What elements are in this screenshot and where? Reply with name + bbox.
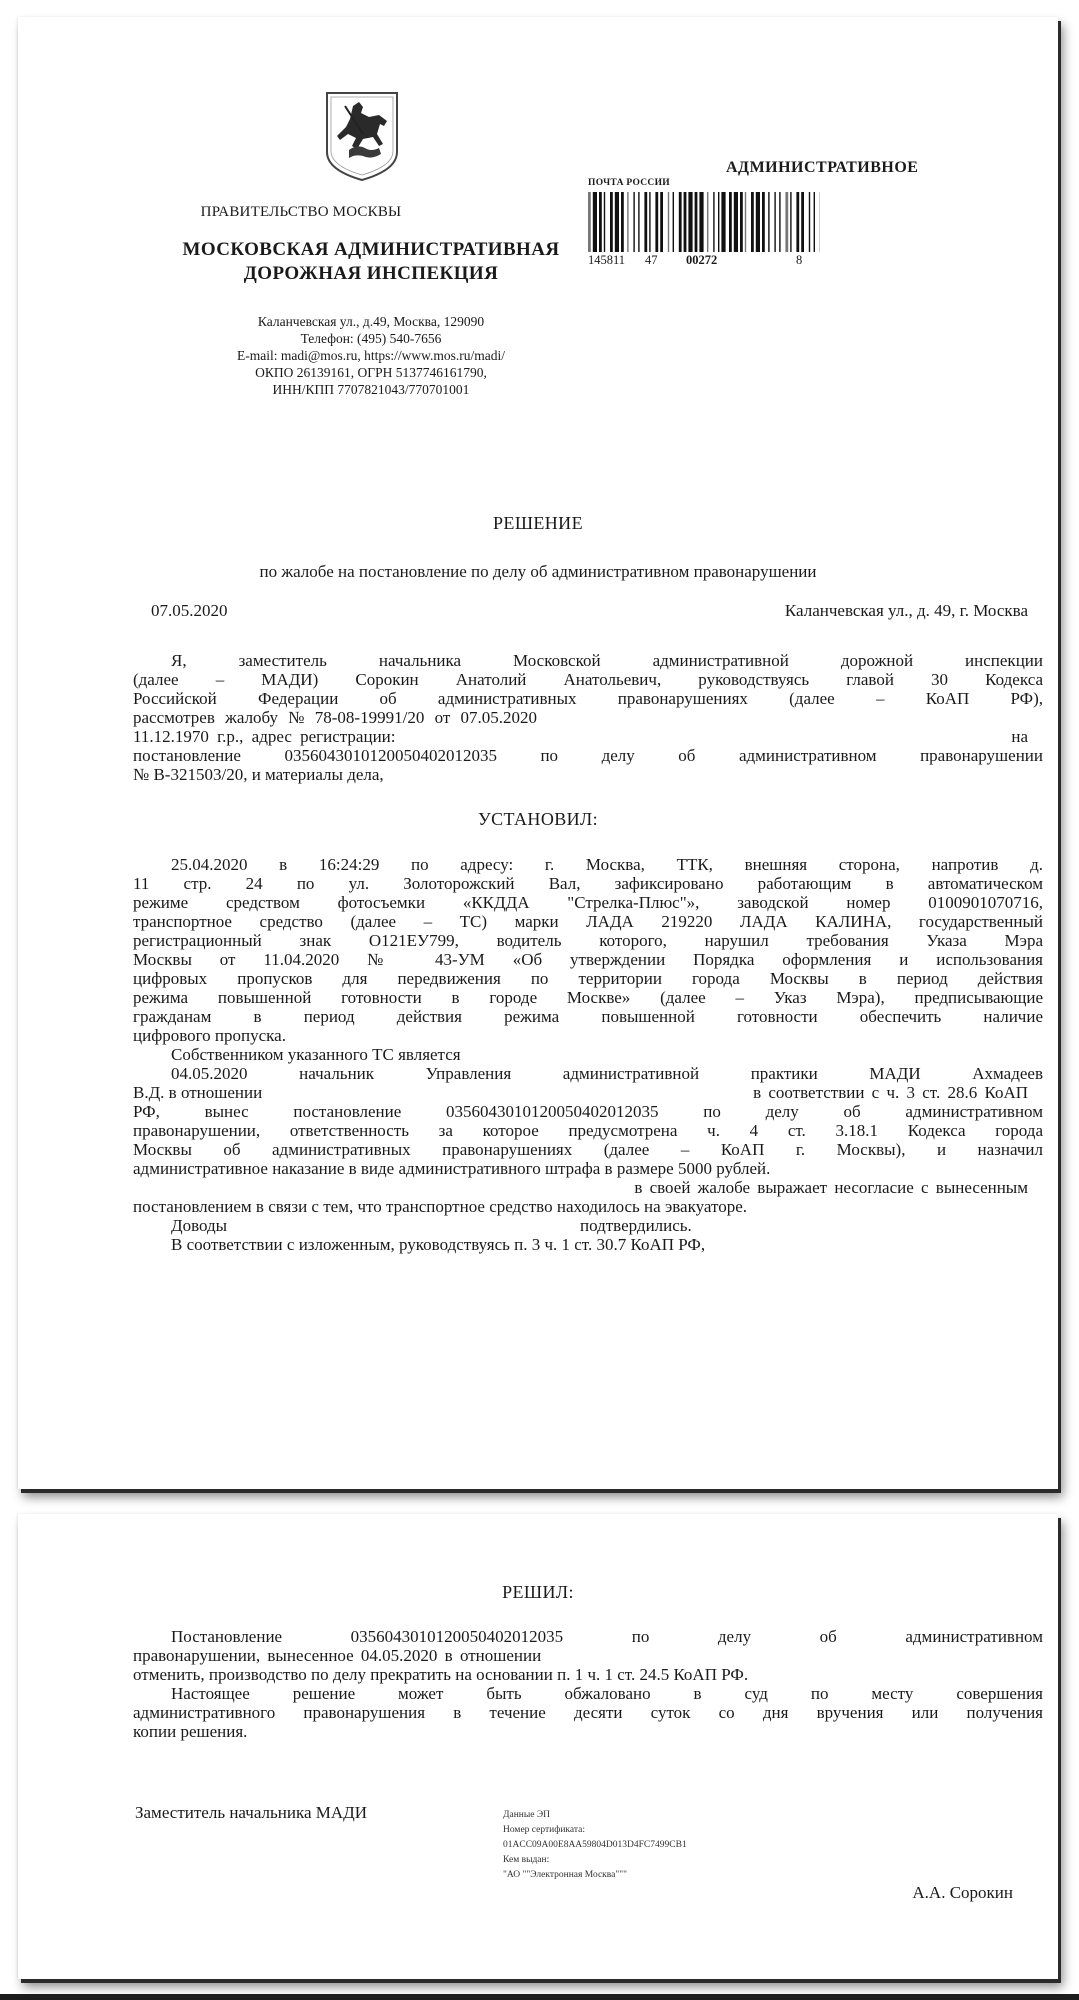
- org-line-2: ДОРОЖНАЯ ИНСПЕКЦИЯ: [151, 262, 591, 286]
- intro-line: Российской Федерации об административных…: [133, 689, 1043, 708]
- decision-line: Москвы об административных правонарушени…: [133, 1140, 1043, 1159]
- appeal-line: Настоящее решение может быть обжаловано …: [133, 1684, 1043, 1703]
- decision-line: 04.05.2020 начальник Управления админист…: [133, 1064, 1043, 1083]
- intro-line: № В-321503/20, и материалы дела,: [133, 765, 1043, 784]
- signer-position: Заместитель начальника МАДИ: [135, 1803, 367, 1823]
- decision-line: правонарушении, ответственность за котор…: [133, 1121, 1043, 1140]
- inn-text: ИНН/КПП 7707821043/770701001: [151, 381, 591, 398]
- established-line: транспортное средство (далее – ТС) марки…: [133, 912, 1043, 931]
- signer-name: А.А. Сорокин: [912, 1883, 1013, 1903]
- government-label: ПРАВИТЕЛЬСТВО МОСКВЫ: [151, 204, 451, 221]
- address-text: Каланчевская ул., д.49, Москва, 129090: [151, 313, 591, 330]
- email-text: E-mail: madi@mos.ru, https://www.mos.ru/…: [151, 347, 591, 364]
- established-line: Москвы от 11.04.2020 № 43-УМ «Об утвержд…: [133, 950, 1043, 969]
- barcode-number-3: 00272: [686, 253, 717, 268]
- established-line: цифрового пропуска.: [133, 1026, 1043, 1045]
- resolved-heading: РЕШИЛ:: [18, 1582, 1058, 1603]
- intro-line: 11.12.1970 г.р., адрес регистрации:: [133, 727, 1043, 746]
- barcode-number-4: 8: [796, 253, 802, 268]
- decision-line: РФ, вынес постановление 0356043010120050…: [133, 1102, 1043, 1121]
- resolved-line: Постановление 0356043010120050402012035 …: [133, 1627, 1043, 1646]
- phone-text: Телефон: (495) 540-7656: [151, 330, 591, 347]
- decision-line: административное наказание в виде админи…: [133, 1159, 1043, 1178]
- mail-type-label: АДМИНИСТРАТИВНОЕ: [726, 159, 918, 177]
- organization-name: МОСКОВСКАЯ АДМИНИСТРАТИВНАЯ ДОРОЖНАЯ ИНС…: [151, 238, 591, 286]
- intro-line: постановление 0356043010120050402012035 …: [133, 746, 1043, 765]
- document-page-1: ПРАВИТЕЛЬСТВО МОСКВЫ МОСКОВСКАЯ АДМИНИСТ…: [18, 17, 1058, 1489]
- owner-line: Собственником указанного ТС является: [133, 1045, 1043, 1064]
- intro-line: (далее – МАДИ) Сорокин Анатолий Анатолье…: [133, 670, 1043, 689]
- established-line: цифровых пропусков для передвижения по т…: [133, 969, 1043, 988]
- post-label: ПОЧТА РОССИИ: [588, 178, 670, 188]
- okpo-text: ОКПО 26139161, ОГРН 5137746161790,: [151, 364, 591, 381]
- established-line: 11 стр. 24 по ул. Золоторожский Вал, заф…: [133, 874, 1043, 893]
- resolved-line: правонарушении, вынесенное 04.05.2020 в …: [133, 1646, 1043, 1665]
- moscow-coat-of-arms-icon: [323, 90, 401, 182]
- org-line-1: МОСКОВСКАЯ АДМИНИСТРАТИВНАЯ: [151, 238, 591, 262]
- accordance-line: В соответствии с изложенным, руководству…: [133, 1235, 1043, 1254]
- barcode-number-2: 47: [645, 253, 658, 268]
- decision-line: в соответствии с ч. 3 ст. 28.6 КоАП: [753, 1083, 1028, 1103]
- arguments-result: подтвердились.: [580, 1216, 692, 1236]
- bottom-edge: [0, 1994, 1079, 2000]
- intro-line: на: [1011, 727, 1028, 747]
- appeal-line: административного правонарушения в течен…: [133, 1703, 1043, 1722]
- barcode-icon: [588, 192, 820, 252]
- established-line: 25.04.2020 в 16:24:29 по адресу: г. Моск…: [133, 855, 1043, 874]
- ep-data-block: Данные ЭП Номер сертификата: 01ACC09A00E…: [503, 1808, 687, 1883]
- document-place: Каланчевская ул., д. 49, г. Москва: [785, 601, 1028, 621]
- intro-line: рассмотрев жалобу № 78-08-19991/20 от 07…: [133, 708, 1043, 727]
- contact-block: Каланчевская ул., д.49, Москва, 129090 Т…: [151, 313, 591, 398]
- document-page-2: РЕШИЛ: Постановление 0356043010120050402…: [18, 1514, 1058, 1979]
- appeal-line: копии решения.: [133, 1722, 1043, 1741]
- cert-label: Номер сертификата:: [503, 1823, 687, 1838]
- ep-label: Данные ЭП: [503, 1808, 687, 1823]
- issuer-label: Кем выдан:: [503, 1853, 687, 1868]
- established-line: режиме средством фотосъемки «ККДДА "Стре…: [133, 893, 1043, 912]
- resolved-line: отменить, производство по делу прекратит…: [133, 1665, 1043, 1684]
- cert-number: 01ACC09A00E8AA59804D013D4FC7499CB1: [503, 1838, 687, 1853]
- established-line: режима повышенной готовности в городе Мо…: [133, 988, 1043, 1007]
- document-subtitle: по жалобе на постановление по делу об ад…: [18, 562, 1058, 582]
- document-date: 07.05.2020: [151, 601, 228, 621]
- document-title: РЕШЕНИЕ: [18, 513, 1058, 534]
- established-line: регистрационный знак О121ЕУ799, водитель…: [133, 931, 1043, 950]
- complaint-line: в своей жалобе выражает несогласие с вын…: [634, 1178, 1028, 1198]
- established-line: гражданам в период действия режима повыш…: [133, 1007, 1043, 1026]
- issuer-value: "АО ""Электронная Москва""": [503, 1868, 687, 1883]
- intro-line: Я, заместитель начальника Московской адм…: [133, 651, 1043, 670]
- established-heading: УСТАНОВИЛ:: [18, 809, 1058, 830]
- complaint-line: постановлением в связи с тем, что трансп…: [133, 1197, 1043, 1216]
- barcode-number-1: 145811: [588, 253, 625, 268]
